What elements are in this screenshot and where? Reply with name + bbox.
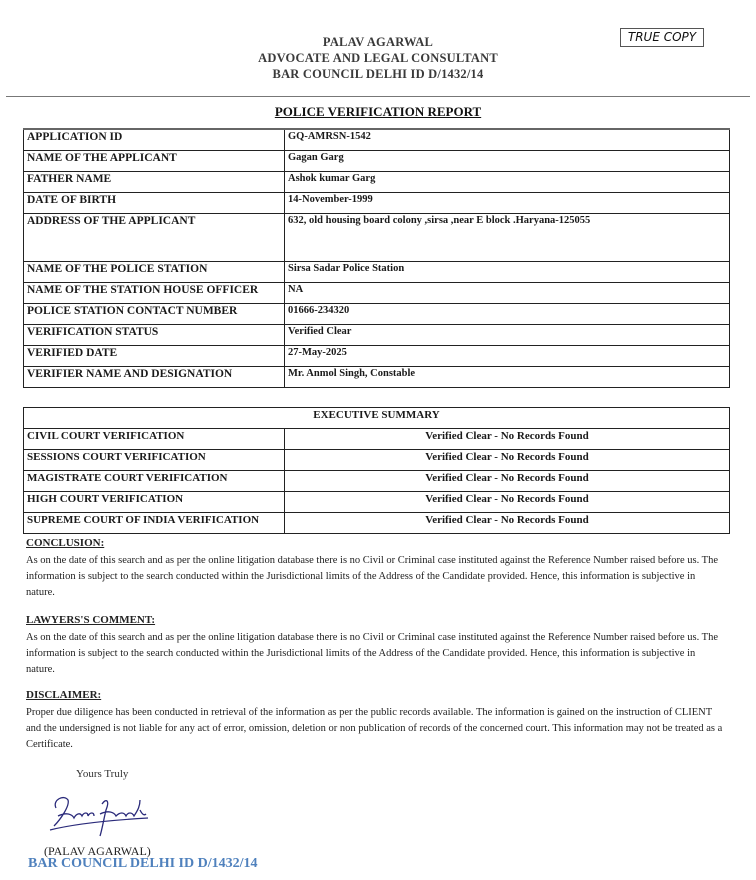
disclaimer-section: DISCLAIMER: Proper due diligence has bee… xyxy=(26,687,726,753)
details-row: ADDRESS OF THE APPLICANT632, old housing… xyxy=(24,213,730,261)
summary-value: Verified Clear - No Records Found xyxy=(285,513,730,534)
details-value: 27-May-2025 xyxy=(285,345,730,366)
details-value: Sirsa Sadar Police Station xyxy=(285,261,730,282)
summary-row: SUPREME COURT OF INDIA VERIFICATIONVerif… xyxy=(24,513,730,534)
details-value: 632, old housing board colony ,sirsa ,ne… xyxy=(285,213,730,261)
summary-label: CIVIL COURT VERIFICATION xyxy=(24,429,285,450)
details-value: 14-November-1999 xyxy=(285,192,730,213)
details-value: Mr. Anmol Singh, Constable xyxy=(285,366,730,387)
details-row: FATHER NAMEAshok kumar Garg xyxy=(24,171,730,192)
disclaimer-text: Proper due diligence has been conducted … xyxy=(26,705,726,753)
signatory-bar-id: BAR COUNCIL DELHI ID D/1432/14 xyxy=(28,856,257,872)
details-label: ADDRESS OF THE APPLICANT xyxy=(24,213,285,261)
details-row: VERIFIER NAME AND DESIGNATIONMr. Anmol S… xyxy=(24,366,730,387)
disclaimer-heading: DISCLAIMER: xyxy=(26,687,726,703)
details-label: NAME OF THE STATION HOUSE OFFICER xyxy=(24,282,285,303)
conclusion-section: CONCLUSION: As on the date of this searc… xyxy=(26,535,726,601)
details-table: APPLICATION IDGQ-AMRSN-1542NAME OF THE A… xyxy=(23,128,730,388)
summary-row: HIGH COURT VERIFICATIONVerified Clear - … xyxy=(24,492,730,513)
details-label: APPLICATION ID xyxy=(24,129,285,150)
bar-council-id: BAR COUNCIL DELHI ID D/1432/14 xyxy=(0,66,756,82)
conclusion-heading: CONCLUSION: xyxy=(26,535,726,551)
true-copy-stamp: TRUE COPY xyxy=(620,28,704,47)
details-row: POLICE STATION CONTACT NUMBER01666-23432… xyxy=(24,303,730,324)
executive-summary-table: EXECUTIVE SUMMARY CIVIL COURT VERIFICATI… xyxy=(23,407,730,534)
details-row: DATE OF BIRTH14-November-1999 xyxy=(24,192,730,213)
lawyers-comment-section: LAWYERS'S COMMENT: As on the date of thi… xyxy=(26,612,726,678)
summary-row: MAGISTRATE COURT VERIFICATIONVerified Cl… xyxy=(24,471,730,492)
details-value: GQ-AMRSN-1542 xyxy=(285,129,730,150)
details-label: FATHER NAME xyxy=(24,171,285,192)
details-row: NAME OF THE POLICE STATIONSirsa Sadar Po… xyxy=(24,261,730,282)
summary-row: SESSIONS COURT VERIFICATIONVerified Clea… xyxy=(24,450,730,471)
header-divider xyxy=(6,96,750,97)
summary-value: Verified Clear - No Records Found xyxy=(285,492,730,513)
lawyers-comment-text: As on the date of this search and as per… xyxy=(26,630,726,678)
details-row: NAME OF THE STATION HOUSE OFFICERNA xyxy=(24,282,730,303)
details-row: VERIFIED DATE27-May-2025 xyxy=(24,345,730,366)
details-value: 01666-234320 xyxy=(285,303,730,324)
report-title: POLICE VERIFICATION REPORT xyxy=(0,104,686,120)
summary-heading: EXECUTIVE SUMMARY xyxy=(24,408,730,429)
details-label: NAME OF THE POLICE STATION xyxy=(24,261,285,282)
closing-text: Yours Truly xyxy=(76,768,128,780)
details-value: Gagan Garg xyxy=(285,150,730,171)
details-row: NAME OF THE APPLICANTGagan Garg xyxy=(24,150,730,171)
summary-label: HIGH COURT VERIFICATION xyxy=(24,492,285,513)
summary-label: SUPREME COURT OF INDIA VERIFICATION xyxy=(24,513,285,534)
details-label: VERIFIER NAME AND DESIGNATION xyxy=(24,366,285,387)
details-row: APPLICATION IDGQ-AMRSN-1542 xyxy=(24,129,730,150)
details-value: Ashok kumar Garg xyxy=(285,171,730,192)
summary-row: CIVIL COURT VERIFICATIONVerified Clear -… xyxy=(24,429,730,450)
details-row: VERIFICATION STATUSVerified Clear xyxy=(24,324,730,345)
summary-label: SESSIONS COURT VERIFICATION xyxy=(24,450,285,471)
summary-value: Verified Clear - No Records Found xyxy=(285,429,730,450)
conclusion-text: As on the date of this search and as per… xyxy=(26,553,726,601)
signature-image xyxy=(44,790,154,842)
advocate-title: ADVOCATE AND LEGAL CONSULTANT xyxy=(0,50,756,66)
details-value: Verified Clear xyxy=(285,324,730,345)
lawyers-comment-heading: LAWYERS'S COMMENT: xyxy=(26,612,726,628)
details-label: DATE OF BIRTH xyxy=(24,192,285,213)
details-label: NAME OF THE APPLICANT xyxy=(24,150,285,171)
details-label: POLICE STATION CONTACT NUMBER xyxy=(24,303,285,324)
summary-value: Verified Clear - No Records Found xyxy=(285,471,730,492)
details-label: VERIFICATION STATUS xyxy=(24,324,285,345)
details-value: NA xyxy=(285,282,730,303)
summary-value: Verified Clear - No Records Found xyxy=(285,450,730,471)
details-label: VERIFIED DATE xyxy=(24,345,285,366)
summary-label: MAGISTRATE COURT VERIFICATION xyxy=(24,471,285,492)
